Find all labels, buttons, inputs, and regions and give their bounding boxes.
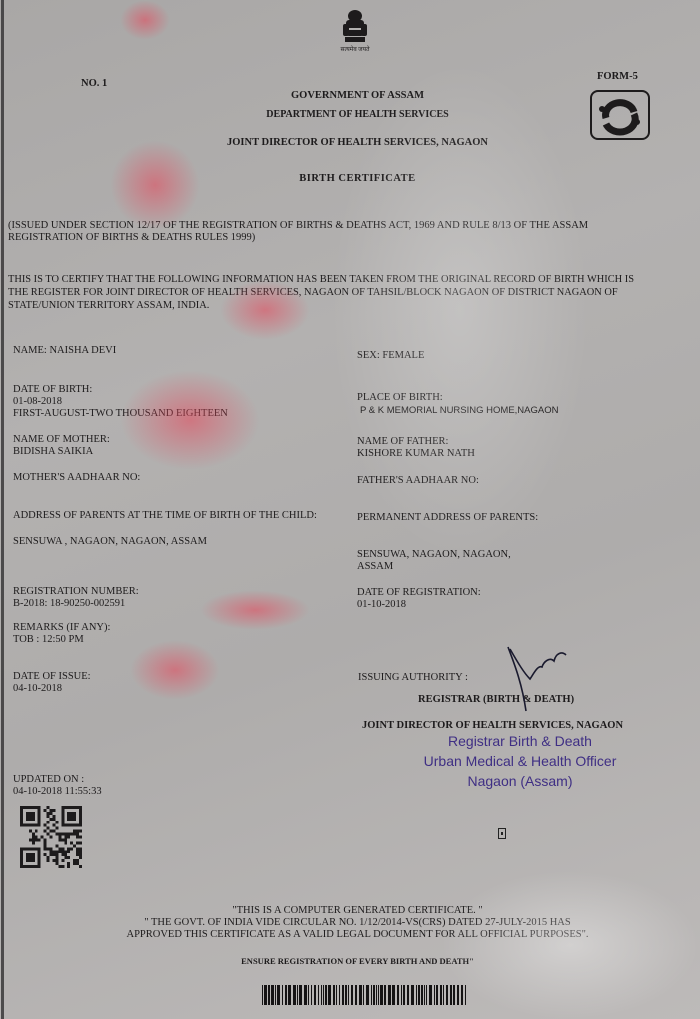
footer-slogan: ENSURE REGISTRATION OF EVERY BIRTH AND D… [0,955,700,967]
updated-on-value: 04-10-2018 11:55:33 [13,786,102,798]
issued-under-line-2: REGISTRATION OF BIRTHS & DEATHS RULES 19… [8,232,255,244]
issue-date-value: 04-10-2018 [13,683,62,695]
small-box-icon [498,828,506,839]
registration-number-value: B-2018: 18-90250-002591 [13,598,125,610]
red-light-speckle [120,370,260,470]
red-light-speckle [130,640,220,700]
place-of-birth-label: PLACE OF BIRTH: [357,392,443,404]
dob-label: DATE OF BIRTH: [13,384,92,396]
form-number: FORM-5 [597,71,638,82]
left-border-line [1,0,4,1019]
permanent-address-line-1: SENSUWA, NAGAON, NAGAON, [357,549,511,561]
government-name: GOVERNMENT OF ASSAM [0,90,700,102]
stamp-line-3: Nagaon (Assam) [410,775,630,787]
place-of-birth-value: P & K MEMORIAL NURSING HOME,NAGAON [360,405,558,417]
mother-name-value: BIDISHA SAIKIA [13,446,93,458]
issue-date-label: DATE OF ISSUE: [13,671,91,683]
red-light-speckle [120,0,170,40]
glare-overlay [440,870,700,1019]
remarks-value: TOB : 12:50 PM [13,634,84,646]
red-light-speckle [110,140,200,230]
birth-certificate: सत्यमेव जयते NO. 1 FORM-5 GOVERNMENT OF … [0,0,700,1019]
qr-code-icon [20,806,82,868]
remarks-label: REMARKS (IF ANY): [13,622,110,634]
dob-in-words: FIRST-AUGUST-TWO THOUSAND EIGHTEEN [13,408,228,420]
signature-mark [500,643,570,718]
updated-on-label: UPDATED ON : [13,774,84,786]
serial-number: NO. 1 [81,78,107,90]
sex: SEX: FEMALE [357,350,424,362]
mother-name-label: NAME OF MOTHER: [13,434,110,446]
stamp-line-2: Urban Medical & Health Officer [400,755,640,767]
barcode-icon [262,985,466,1005]
dob-value: 01-08-2018 [13,396,62,408]
red-light-speckle [200,590,310,630]
birth-address-label: ADDRESS OF PARENTS AT THE TIME OF BIRTH … [13,510,317,522]
stamp-line-1: Registrar Birth & Death [410,735,630,747]
certify-line-1: THIS IS TO CERTIFY THAT THE FOLLOWING IN… [8,274,634,286]
registration-number-label: REGISTRATION NUMBER: [13,586,139,598]
footer-line-2: " THE GOVT. OF INDIA VIDE CIRCULAR NO. 1… [0,917,700,929]
father-name-value: KISHORE KUMAR NATH [357,448,475,460]
office-name: JOINT DIRECTOR OF HEALTH SERVICES, NAGAO… [0,137,700,149]
mother-aadhaar-label: MOTHER'S AADHAAR NO: [13,472,140,484]
permanent-address-line-2: ASSAM [357,561,393,573]
registration-date-value: 01-10-2018 [357,599,406,611]
footer-line-3: APPROVED THIS CERTIFICATE AS A VALID LEG… [0,929,700,941]
issued-under-line-1: (ISSUED UNDER SECTION 12/17 OF THE REGIS… [8,220,588,232]
issuing-authority-label: ISSUING AUTHORITY : [358,672,468,684]
department-name: DEPARTMENT OF HEALTH SERVICES [0,109,700,121]
father-name-label: NAME OF FATHER: [357,436,448,448]
footer-line-1: "THIS IS A COMPUTER GENERATED CERTIFICAT… [0,905,700,917]
birth-address-value: SENSUWA , NAGAON, NAGAON, ASSAM [13,536,207,548]
emblem-caption: सत्यमेव जयते [332,45,378,53]
permanent-address-label: PERMANENT ADDRESS OF PARENTS: [357,512,538,524]
certificate-title: BIRTH CERTIFICATE [0,173,700,185]
father-aadhaar-label: FATHER'S AADHAAR NO: [357,475,479,487]
registration-date-label: DATE OF REGISTRATION: [357,587,481,599]
authority-office: JOINT DIRECTOR OF HEALTH SERVICES, NAGAO… [362,720,623,732]
child-name: NAME: NAISHA DEVI [13,345,116,357]
certify-line-3: STATE/UNION TERRITORY ASSAM, INDIA. [8,300,209,312]
certify-line-2: THE REGISTER FOR JOINT DIRECTOR OF HEALT… [8,287,618,299]
